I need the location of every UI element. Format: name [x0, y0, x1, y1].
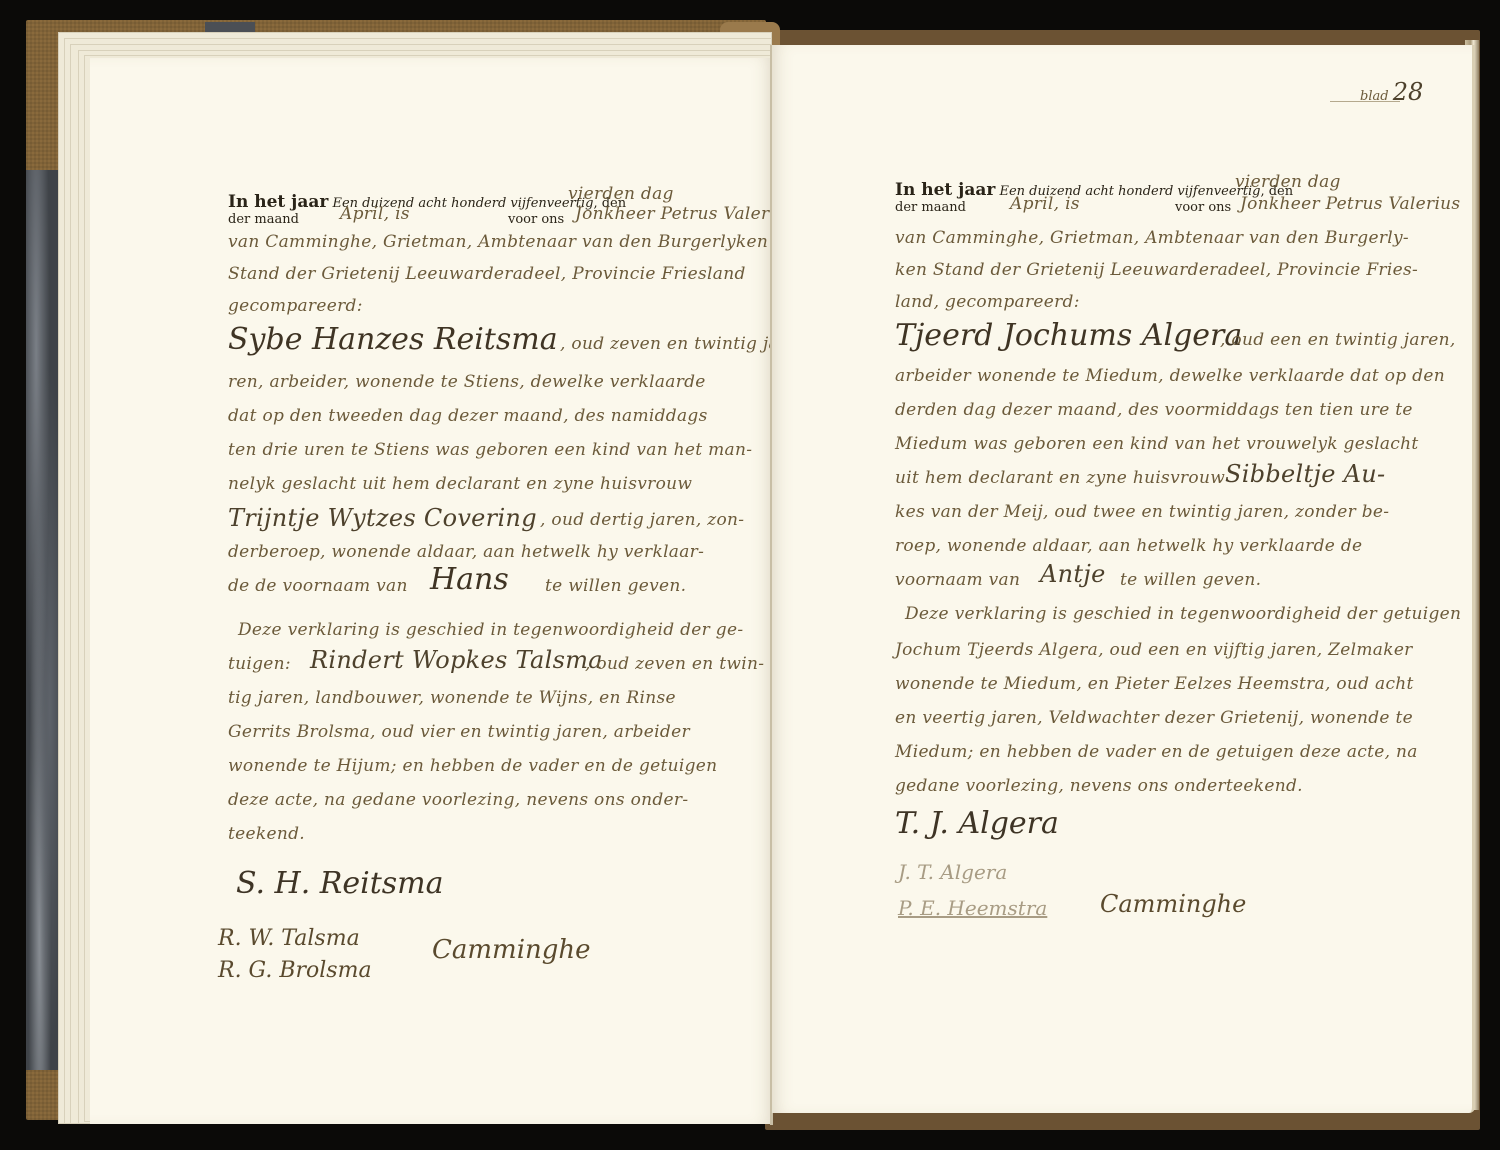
- folio-underline: [1330, 101, 1400, 102]
- right-signature-official: Camminghe: [1100, 890, 1246, 918]
- right-hand-official: Jonkheer Petrus Valerius: [1240, 194, 1460, 214]
- left-signature-official: Camminghe: [432, 935, 591, 965]
- book-scan: In het jaar Een duizend acht honderd vij…: [0, 0, 1500, 1150]
- right-child-suffix: te willen geven.: [1120, 570, 1261, 590]
- right-line: gedane voorlezing, nevens ons onderteeke…: [895, 776, 1303, 796]
- left-line: van Camminghe, Grietman, Ambtenaar van d…: [228, 232, 768, 252]
- left-line: dat op den tweeden dag dezer maand, des …: [228, 406, 708, 426]
- right-line: Miedum; en hebben de vader en de getuige…: [895, 742, 1418, 762]
- left-child-name: Hans: [430, 562, 509, 597]
- left-line: teekend.: [228, 824, 305, 844]
- right-hand-month: April, is: [1010, 194, 1080, 214]
- right-signature-witness1: J. T. Algera: [898, 860, 1007, 884]
- left-hand-month: April, is: [340, 204, 410, 224]
- right-line: en veertig jaren, Veldwachter dezer Grie…: [895, 708, 1413, 728]
- left-printed-line2-label: der maand: [228, 212, 299, 227]
- right-line: Deze verklaring is geschied in tegenwoor…: [905, 604, 1461, 624]
- left-witness1-name: Rindert Wopkes Talsma: [310, 646, 603, 674]
- right-line: Miedum was geboren een kind van het vrou…: [895, 434, 1418, 454]
- left-declarant-name: Sybe Hanzes Reitsma: [228, 322, 558, 357]
- left-mother-name: Trijntje Wytzes Covering: [228, 504, 537, 532]
- left-line: wonende te Hijum; en hebben de vader en …: [228, 756, 717, 776]
- right-line: land, gecompareerd:: [895, 292, 1080, 312]
- right-line: ken Stand der Grietenij Leeuwarderadeel,…: [895, 260, 1418, 280]
- left-signature-witness1: R. W. Talsma: [218, 926, 360, 951]
- right-line: van Camminghe, Grietman, Ambtenaar van d…: [895, 228, 1409, 248]
- left-declarant-age: , oud zeven en twintig ja-: [560, 334, 785, 354]
- right-declarant-age: , oud een en twintig jaren,: [1220, 330, 1456, 350]
- right-line: kes van der Meij, oud twee en twintig ja…: [895, 502, 1389, 522]
- left-witness1-age: , oud zeven en twin-: [585, 654, 764, 674]
- left-printed-line1: In het jaar Een duizend acht honderd vij…: [228, 192, 626, 212]
- right-printed-voor-ons: voor ons: [1175, 200, 1231, 215]
- right-hand-day: vierden dag: [1235, 172, 1341, 192]
- left-child-suffix: te willen geven.: [545, 576, 686, 596]
- left-line: tig jaren, landbouwer, wonende te Wijns,…: [228, 688, 676, 708]
- left-signature-declarant: S. H. Reitsma: [236, 866, 444, 901]
- marbled-corner-top: [205, 22, 255, 32]
- right-child-name: Antje: [1040, 560, 1106, 588]
- right-line: arbeider wonende te Miedum, dewelke verk…: [895, 366, 1445, 386]
- right-line: Jochum Tjeerds Algera, oud een en vijfti…: [895, 640, 1413, 660]
- left-line: Gerrits Brolsma, oud vier en twintig jar…: [228, 722, 690, 742]
- right-signature-declarant: T. J. Algera: [895, 806, 1059, 841]
- left-line: Stand der Grietenij Leeuwarderadeel, Pro…: [228, 264, 746, 284]
- left-line: derberoep, wonende aldaar, aan hetwelk h…: [228, 542, 704, 562]
- right-line: uit hem declarant en zyne huisvrouw: [895, 468, 1225, 488]
- left-printed-voor-ons: voor ons: [508, 212, 564, 227]
- left-hand-official: Jonkheer Petrus Valerius: [575, 204, 795, 224]
- left-mother-age: , oud dertig jaren, zon-: [540, 510, 744, 530]
- left-line: Deze verklaring is geschied in tegenwoor…: [238, 620, 743, 640]
- right-printed-line2-label: der maand: [895, 200, 966, 215]
- right-declarant-name: Tjeerd Jochums Algera: [895, 318, 1242, 353]
- left-line: deze acte, na gedane voorlezing, nevens …: [228, 790, 688, 810]
- right-line: roep, wonende aldaar, aan hetwelk hy ver…: [895, 536, 1362, 556]
- left-line: ren, arbeider, wonende te Stiens, dewelk…: [228, 372, 706, 392]
- left-line: nelyk geslacht uit hem declarant en zyne…: [228, 474, 692, 494]
- right-printed-line1: In het jaar Een duizend acht honderd vij…: [895, 180, 1293, 200]
- right-line: wonende te Miedum, en Pieter Eelzes Heem…: [895, 674, 1414, 694]
- right-line: derden dag dezer maand, des voormiddags …: [895, 400, 1413, 420]
- printed-prefix: In het jaar: [895, 180, 995, 200]
- left-line: tuigen:: [228, 654, 291, 674]
- printed-prefix: In het jaar: [228, 192, 328, 212]
- right-signature-witness2: P. E. Heemstra: [898, 896, 1047, 920]
- left-signature-witness2: R. G. Brolsma: [218, 958, 372, 983]
- right-line: voornaam van: [895, 570, 1020, 590]
- left-line: de de voornaam van: [228, 576, 408, 596]
- right-mother-name: Sibbeltje Au-: [1225, 460, 1385, 488]
- marbled-corner: [26, 170, 60, 1070]
- left-hand-day: vierden dag: [568, 184, 674, 204]
- left-line: ten drie uren te Stiens was geboren een …: [228, 440, 752, 460]
- left-line: gecompareerd:: [228, 296, 363, 316]
